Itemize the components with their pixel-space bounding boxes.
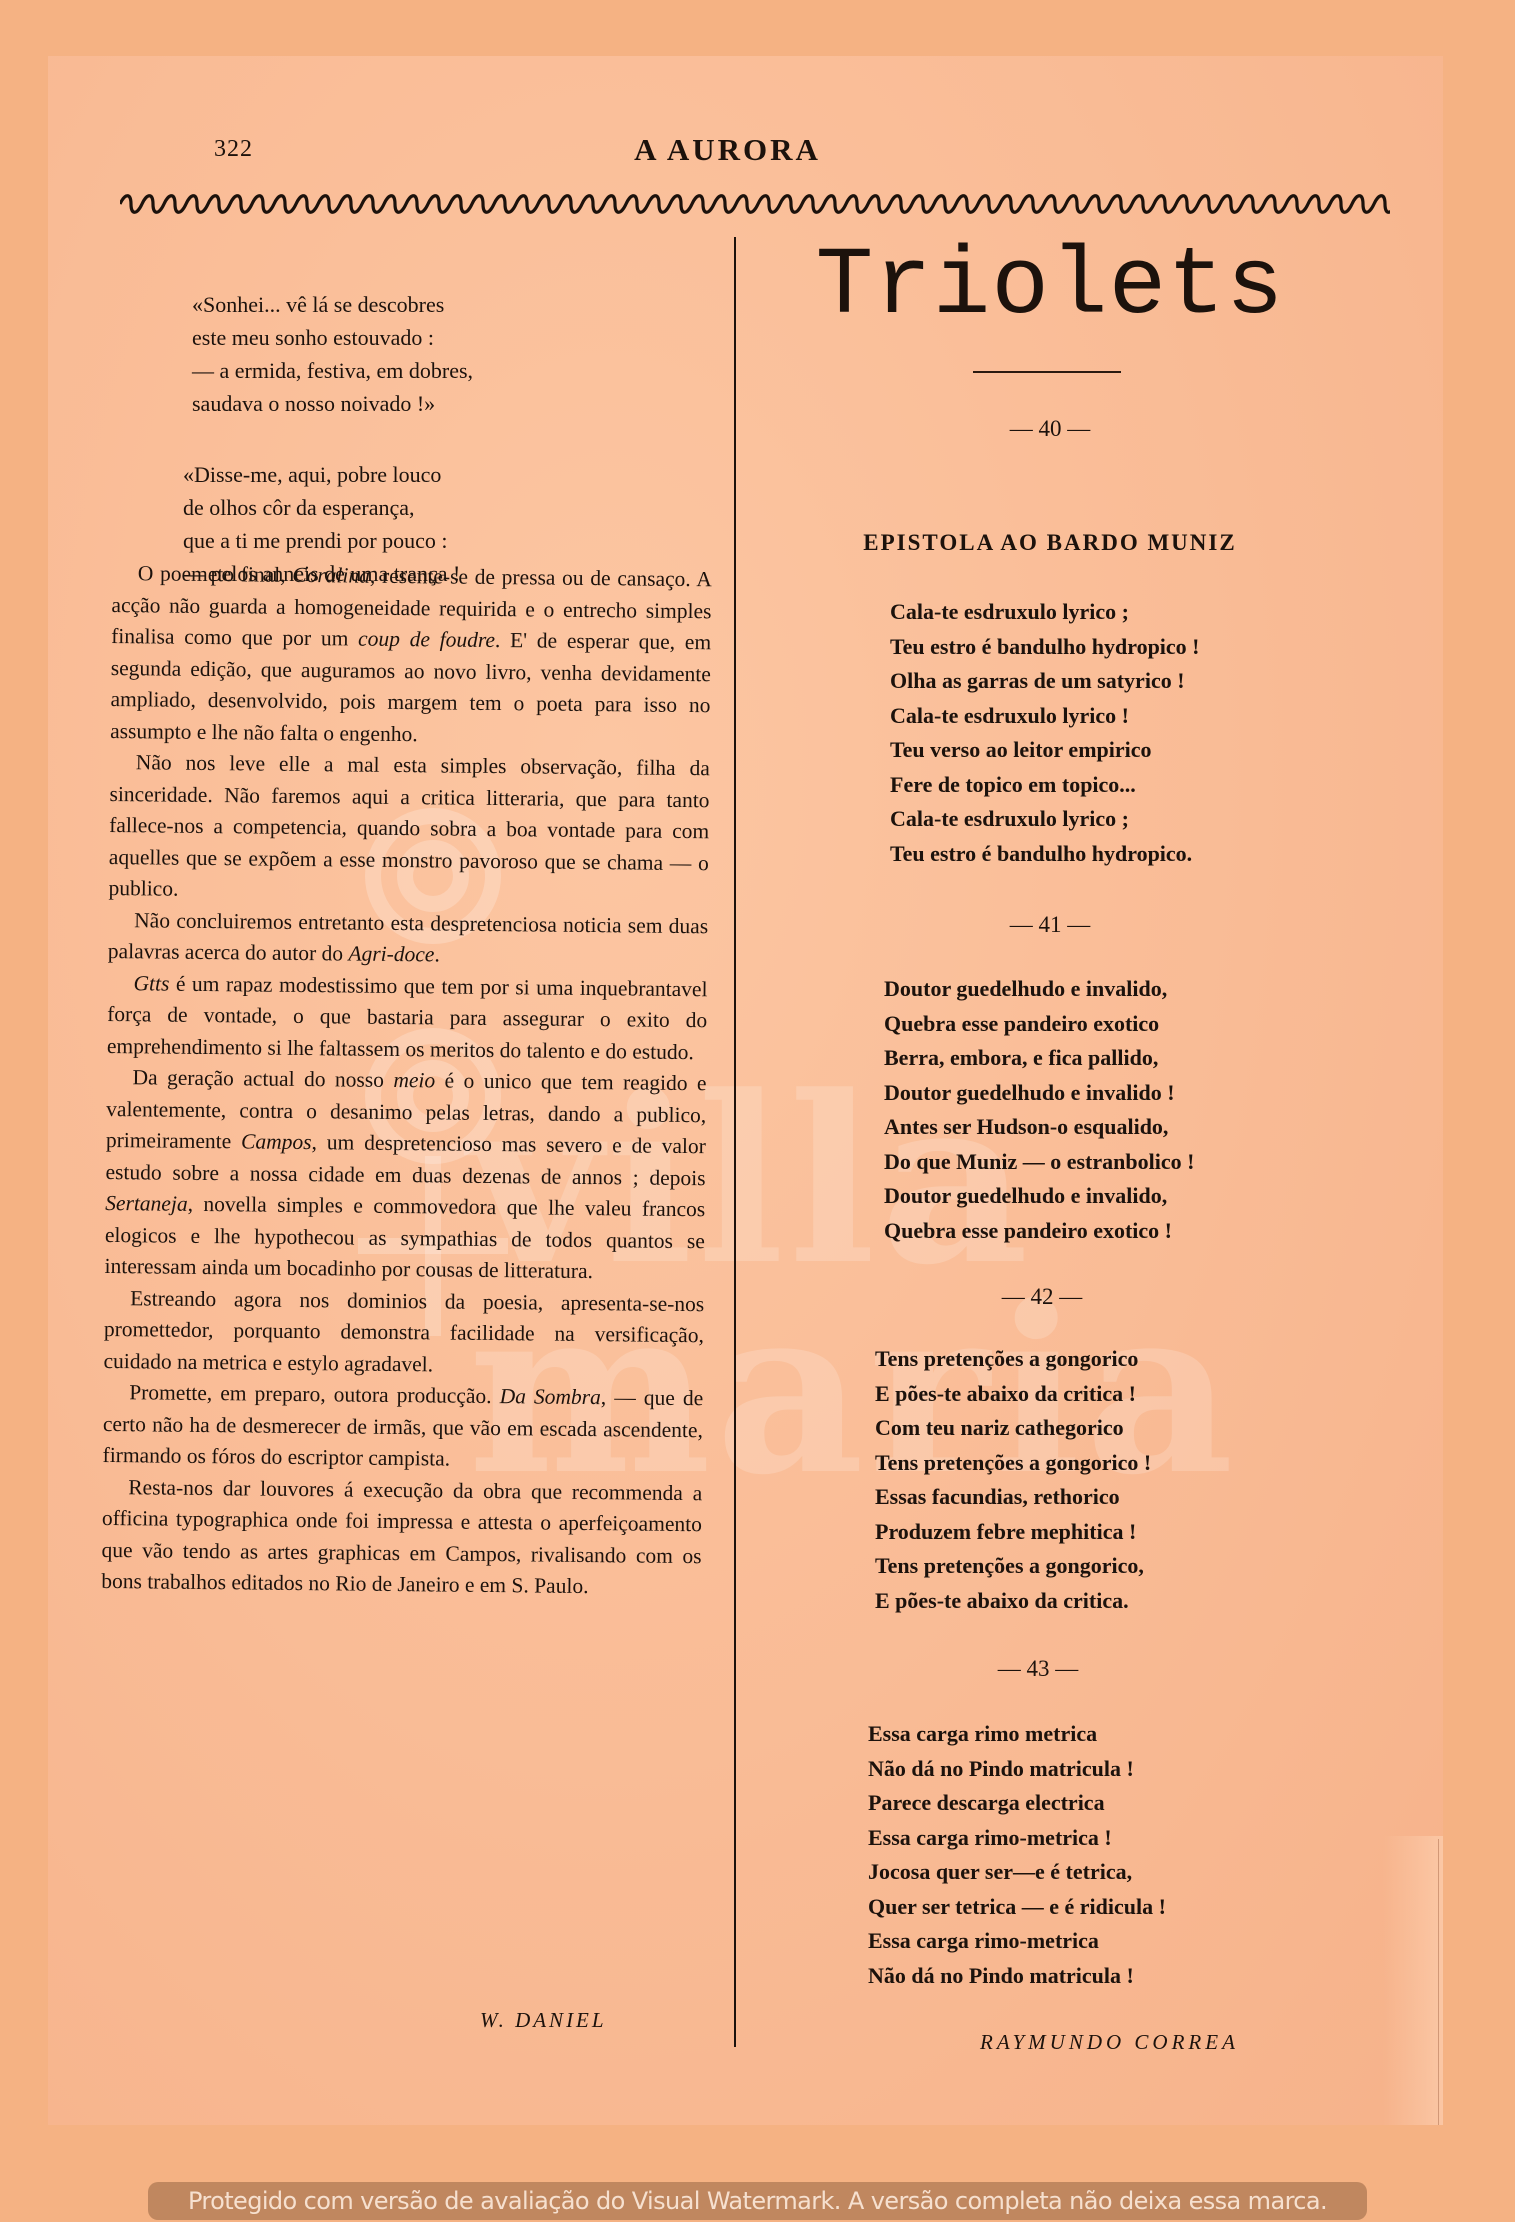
verse-line: Quer ser tetrica — e é ridicula ! [868,1890,1166,1925]
page-edge [1383,1836,1443,2125]
verse-line: que a ti me prendi por pouco : [183,524,460,557]
article-paragraph: O poemeto final, Coralina, resente-se de… [110,558,712,753]
verse-stanza-1: «Sonhei... vê lá se descobres este meu s… [192,288,473,420]
verse-line: Essa carga rimo metrica [868,1717,1166,1752]
verse-line: Fere de topico em topico... [890,768,1200,803]
verse-line: Teu estro é bandulho hydropico ! [890,630,1200,665]
verse-line: Berra, embora, e fica pallido, [884,1041,1194,1076]
verse-line: Teu estro é bandulho hydropico. [890,837,1200,872]
poem-number-40: — 40 — [760,416,1340,442]
triolet-42: Tens pretenções a gongorico E pões-te ab… [875,1342,1151,1618]
verse-line: Cala-te esdruxulo lyrico ; [890,595,1200,630]
verse-line: Quebra esse pandeiro exotico ! [884,1214,1194,1249]
verse-line: Doutor guedelhudo e invalido, [884,1179,1194,1214]
wavy-rule-ornament [120,193,1390,215]
verse-line: Essas facundias, rethorico [875,1480,1151,1515]
journal-title: A AURORA [0,132,1485,168]
article-paragraph: Gtts é um rapaz modestissimo que tem por… [107,967,708,1068]
title-rule [973,368,1121,373]
verse-line: Doutor guedelhudo e invalido ! [884,1076,1194,1111]
article-paragraph: Resta-nos dar louvores á execução da obr… [101,1471,702,1603]
verse-line: de olhos côr da esperança, [183,491,460,524]
article-paragraph: Não nos leve elle a mal esta simples obs… [108,747,710,911]
page-edge-line [1438,1839,1439,2125]
poem-number-43: — 43 — [748,1656,1328,1682]
triolet-41: Doutor guedelhudo e invalido, Quebra ess… [884,972,1194,1248]
verse-line: Do que Muniz — o estranbolico ! [884,1145,1194,1180]
article-paragraph: Estreando agora nos dominios da poesia, … [103,1282,704,1383]
verse-line: Com teu nariz cathegorico [875,1411,1151,1446]
verse-line: E pões-te abaixo da critica. [875,1584,1151,1619]
section-title: Triolets [760,232,1340,342]
verse-line: Cala-te esdruxulo lyrico ! [890,699,1200,734]
verse-line: Tens pretenções a gongorico [875,1342,1151,1377]
verse-line: «Sonhei... vê lá se descobres [192,288,473,321]
verse-line: Quebra esse pandeiro exotico [884,1007,1194,1042]
poem-number-41: — 41 — [760,912,1340,938]
verse-line: Antes ser Hudson-o esqualido, [884,1110,1194,1145]
verse-line: Produzem febre mephitica ! [875,1515,1151,1550]
author-signature-right: RAYMUNDO CORREA [980,2030,1239,2055]
verse-line: «Disse-me, aqui, pobre louco [183,458,460,491]
verse-line: Não dá no Pindo matricula ! [868,1752,1166,1787]
watermark-banner: Protegido com versão de avaliação do Vis… [148,2182,1367,2220]
verse-line: Jocosa quer ser—e é tetrica, [868,1855,1166,1890]
poem-subtitle: EPISTOLA AO BARDO MUNIZ [760,530,1340,556]
verse-line: Tens pretenções a gongorico ! [875,1446,1151,1481]
verse-line: Tens pretenções a gongorico, [875,1549,1151,1584]
verse-line: Essa carga rimo-metrica ! [868,1821,1166,1856]
poem-number-42: — 42 — [752,1284,1332,1310]
verse-line: Olha as garras de um satyrico ! [890,664,1200,699]
article-paragraph: Não concluiremos entretanto esta despret… [108,904,709,973]
verse-line: Cala-te esdruxulo lyrico ; [890,802,1200,837]
triolet-40: Cala-te esdruxulo lyrico ; Teu estro é b… [890,595,1200,871]
verse-line: saudava o nosso noivado !» [192,387,473,420]
verse-line: Parece descarga electrica [868,1786,1166,1821]
article-paragraph: Da geração actual do nosso meio é o unic… [104,1062,706,1289]
verse-line: Teu verso ao leitor empirico [890,733,1200,768]
verse-line: E pões-te abaixo da critica ! [875,1377,1151,1412]
triolet-43: Essa carga rimo metrica Não dá no Pindo … [868,1717,1166,1993]
article-paragraph: Promette, em preparo, outora producção. … [102,1377,703,1478]
verse-line: este meu sonho estouvado : [192,321,473,354]
column-divider [734,237,736,2047]
author-signature-left: W. DANIEL [480,2008,607,2033]
verse-line: Não dá no Pindo matricula ! [868,1959,1166,1994]
review-article-text: O poemeto final, Coralina, resente-se de… [101,558,712,1604]
verse-line: Essa carga rimo-metrica [868,1924,1166,1959]
verse-line: Doutor guedelhudo e invalido, [884,972,1194,1007]
verse-line: — a ermida, festiva, em dobres, [192,354,473,387]
